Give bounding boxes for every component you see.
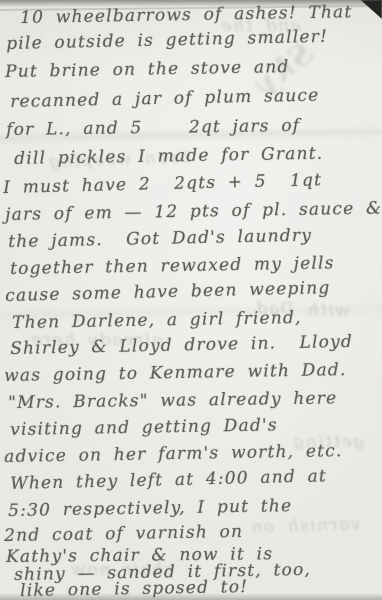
handwritten-line: like one is sposed to!: [20, 577, 248, 600]
handwritten-line: jars of em — 12 pts of pl. sauce &: [5, 198, 382, 226]
handwritten-line: the jams. Got Dad's laundry: [8, 226, 312, 253]
letter-page: Sky and the been weeping already here wi…: [0, 0, 382, 600]
handwritten-line: I must have 2 2qts + 5 1qt: [3, 170, 322, 199]
handwritten-line: together then rewaxed my jells: [10, 253, 335, 280]
handwritten-line: visiting and getting Dad's: [10, 415, 278, 441]
handwritten-line: "Mrs. Bracks" was already here: [8, 388, 337, 414]
handwritten-line: 2nd coat of varnish on: [4, 522, 243, 547]
handwritten-line: When they left at 4:00 and at: [10, 466, 327, 495]
handwritten-line: recanned a jar of plum sauce: [10, 86, 320, 113]
handwritten-line: for L., and 5 2qt jars of: [6, 116, 300, 141]
handwritten-line: Put brine on the stove and: [5, 57, 290, 83]
handwritten-line: advice on her farm's worth, etc.: [4, 441, 343, 468]
handwritten-line: was going to Kenmare with Dad.: [4, 360, 347, 387]
bleedthrough-text: varnish on: [250, 514, 361, 538]
handwritten-line: 10 wheelbarrows of ashes! That: [20, 2, 353, 29]
handwritten-line: dill pickles I made for Grant.: [14, 144, 323, 170]
handwritten-line: Then Darlene, a girl friend,: [12, 308, 302, 334]
